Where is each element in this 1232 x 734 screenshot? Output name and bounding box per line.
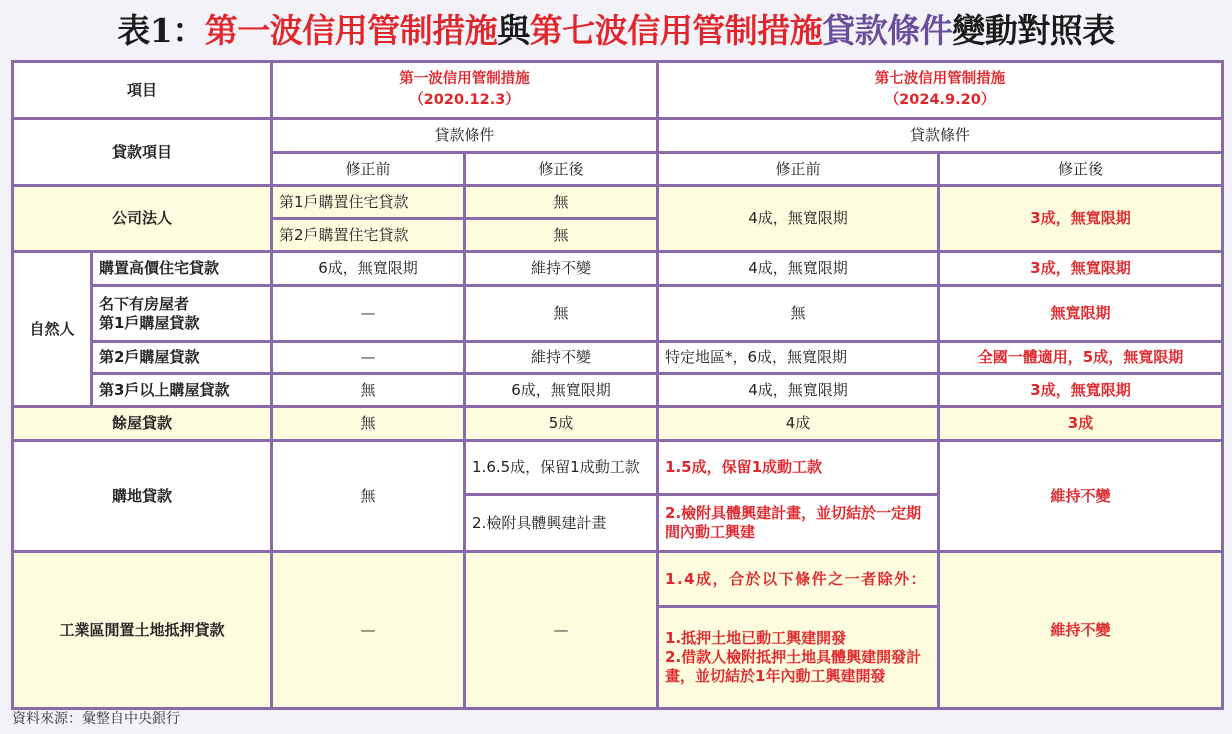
table-row: 餘屋貸款 無 5成 4成 3成 xyxy=(13,407,1223,441)
industrial-wave7-after: 維持不變 xyxy=(939,552,1223,709)
industrial-condition-1: 1.抵押土地已動工興建開發 xyxy=(665,629,931,648)
np-item-label-line2: 第1戶購屋貸款 xyxy=(99,314,264,333)
title-wave1: 第一波信用管制措施 xyxy=(205,11,498,50)
np-item-label-line1: 名下有房屋者 xyxy=(99,295,264,314)
header-wave1: 第一波信用管制措施 （2020.12.3） xyxy=(272,62,658,119)
corporate-sub2-label: 第2戶購置住宅貸款 xyxy=(272,219,465,252)
land-wave7-before-1: 1.5成，保留1成動工款 xyxy=(658,441,939,495)
land-wave7-after: 維持不變 xyxy=(939,441,1223,552)
np-item-wave1-after: 無 xyxy=(465,286,658,342)
land-wave1-after-2: 2.檢附具體興建計畫 xyxy=(465,495,658,552)
title-loan-conditions: 貸款條件 xyxy=(822,11,952,50)
corporate-wave7-before: 4成，無寬限期 xyxy=(658,186,939,252)
header-wave1-date: （2020.12.3） xyxy=(279,90,650,111)
wave1-conditions-header: 貸款條件 xyxy=(272,119,658,153)
unsold-wave1-before: 無 xyxy=(272,407,465,441)
header-wave7-name: 第七波信用管制措施 xyxy=(665,69,1215,90)
header-item: 項目 xyxy=(13,62,272,119)
table-title: 表1：第一波信用管制措施與第七波信用管制措施貸款條件變動對照表 xyxy=(0,6,1232,56)
header-wave7-date: （2024.9.20） xyxy=(665,90,1215,111)
wave7-after-header: 修正後 xyxy=(939,153,1223,186)
np-item-wave7-after: 無寬限期 xyxy=(939,286,1223,342)
table-row: 公司法人 第1戶購置住宅貸款 無 4成，無寬限期 3成，無寬限期 xyxy=(13,186,1223,219)
np-item-label: 名下有房屋者 第1戶購屋貸款 xyxy=(92,286,272,342)
np-item-wave1-after: 維持不變 xyxy=(465,252,658,286)
industrial-wave1-after: — xyxy=(465,552,658,709)
corporate-wave7-after: 3成，無寬限期 xyxy=(939,186,1223,252)
title-suffix: 變動對照表 xyxy=(952,11,1115,50)
unsold-housing-label: 餘屋貸款 xyxy=(13,407,272,441)
np-item-label: 購置高價住宅貸款 xyxy=(92,252,272,286)
land-wave1-after-1: 1.6.5成，保留1成動工款 xyxy=(465,441,658,495)
industrial-label: 工業區閒置土地抵押貸款 xyxy=(13,552,272,709)
table-row: 名下有房屋者 第1戶購屋貸款 — 無 無 無寬限期 xyxy=(13,286,1223,342)
np-item-wave7-before: 無 xyxy=(658,286,939,342)
land-label: 購地貸款 xyxy=(13,441,272,552)
subheader-row: 貸款項目 貸款條件 貸款條件 xyxy=(13,119,1223,153)
np-item-wave7-after: 3成，無寬限期 xyxy=(939,374,1223,407)
table-row: 第2戶購屋貸款 — 維持不變 特定地區*，6成，無寬限期 全國一體適用，5成，無… xyxy=(13,342,1223,374)
table-row: 第3戶以上購屋貸款 無 6成，無寬限期 4成，無寬限期 3成，無寬限期 xyxy=(13,374,1223,407)
industrial-condition-2: 2.借款人檢附抵押土地具體興建開發計畫，並切結於1年內動工興建開發 xyxy=(665,648,931,686)
table-row: 自然人 購置高價住宅貸款 6成，無寬限期 維持不變 4成，無寬限期 3成，無寬限… xyxy=(13,252,1223,286)
np-item-wave7-before: 特定地區*，6成，無寬限期 xyxy=(658,342,939,374)
land-wave1-before: 無 xyxy=(272,441,465,552)
np-item-wave7-after: 3成，無寬限期 xyxy=(939,252,1223,286)
header-wave1-name: 第一波信用管制措施 xyxy=(279,69,650,90)
np-item-wave1-before: — xyxy=(272,286,465,342)
corporate-sub1-label: 第1戶購置住宅貸款 xyxy=(272,186,465,219)
corporate-label: 公司法人 xyxy=(13,186,272,252)
industrial-wave7-before-1: 1.4成，合於以下條件之一者除外： xyxy=(658,552,939,607)
np-item-wave1-after: 維持不變 xyxy=(465,342,658,374)
np-item-wave1-after: 6成，無寬限期 xyxy=(465,374,658,407)
loan-item-header: 貸款項目 xyxy=(13,119,272,186)
np-item-label: 第2戶購屋貸款 xyxy=(92,342,272,374)
land-wave7-before-2: 2.檢附具體興建計畫，並切結於一定期間內動工興建 xyxy=(658,495,939,552)
comparison-table: 項目 第一波信用管制措施 （2020.12.3） 第七波信用管制措施 （2024… xyxy=(11,60,1224,710)
natural-person-label: 自然人 xyxy=(13,252,92,407)
corporate-sub2-wave1-after: 無 xyxy=(465,219,658,252)
table-row: 購地貸款 無 1.6.5成，保留1成動工款 1.5成，保留1成動工款 維持不變 xyxy=(13,441,1223,495)
header-row: 項目 第一波信用管制措施 （2020.12.3） 第七波信用管制措施 （2024… xyxy=(13,62,1223,119)
source-note: 資料來源：彙整自中央銀行 xyxy=(12,708,180,728)
np-item-wave1-before: — xyxy=(272,342,465,374)
title-connector: 與 xyxy=(497,11,530,50)
np-item-wave7-before: 4成，無寬限期 xyxy=(658,374,939,407)
unsold-wave7-after: 3成 xyxy=(939,407,1223,441)
wave1-after-header: 修正後 xyxy=(465,153,658,186)
title-wave7: 第七波信用管制措施 xyxy=(530,11,823,50)
corporate-sub1-wave1-after: 無 xyxy=(465,186,658,219)
unsold-wave7-before: 4成 xyxy=(658,407,939,441)
np-item-wave7-before: 4成，無寬限期 xyxy=(658,252,939,286)
np-item-wave1-before: 無 xyxy=(272,374,465,407)
industrial-wave7-before-2: 1.抵押土地已動工興建開發 2.借款人檢附抵押土地具體興建開發計畫，並切結於1年… xyxy=(658,607,939,709)
title-prefix: 表1： xyxy=(117,11,204,50)
np-item-label: 第3戶以上購屋貸款 xyxy=(92,374,272,407)
np-item-wave7-after: 全國一體適用，5成，無寬限期 xyxy=(939,342,1223,374)
np-item-wave1-before: 6成，無寬限期 xyxy=(272,252,465,286)
wave1-before-header: 修正前 xyxy=(272,153,465,186)
wave7-before-header: 修正前 xyxy=(658,153,939,186)
table-row: 工業區閒置土地抵押貸款 — — 1.4成，合於以下條件之一者除外： 維持不變 xyxy=(13,552,1223,607)
header-wave7: 第七波信用管制措施 （2024.9.20） xyxy=(658,62,1223,119)
wave7-conditions-header: 貸款條件 xyxy=(658,119,1223,153)
unsold-wave1-after: 5成 xyxy=(465,407,658,441)
industrial-wave1-before: — xyxy=(272,552,465,709)
